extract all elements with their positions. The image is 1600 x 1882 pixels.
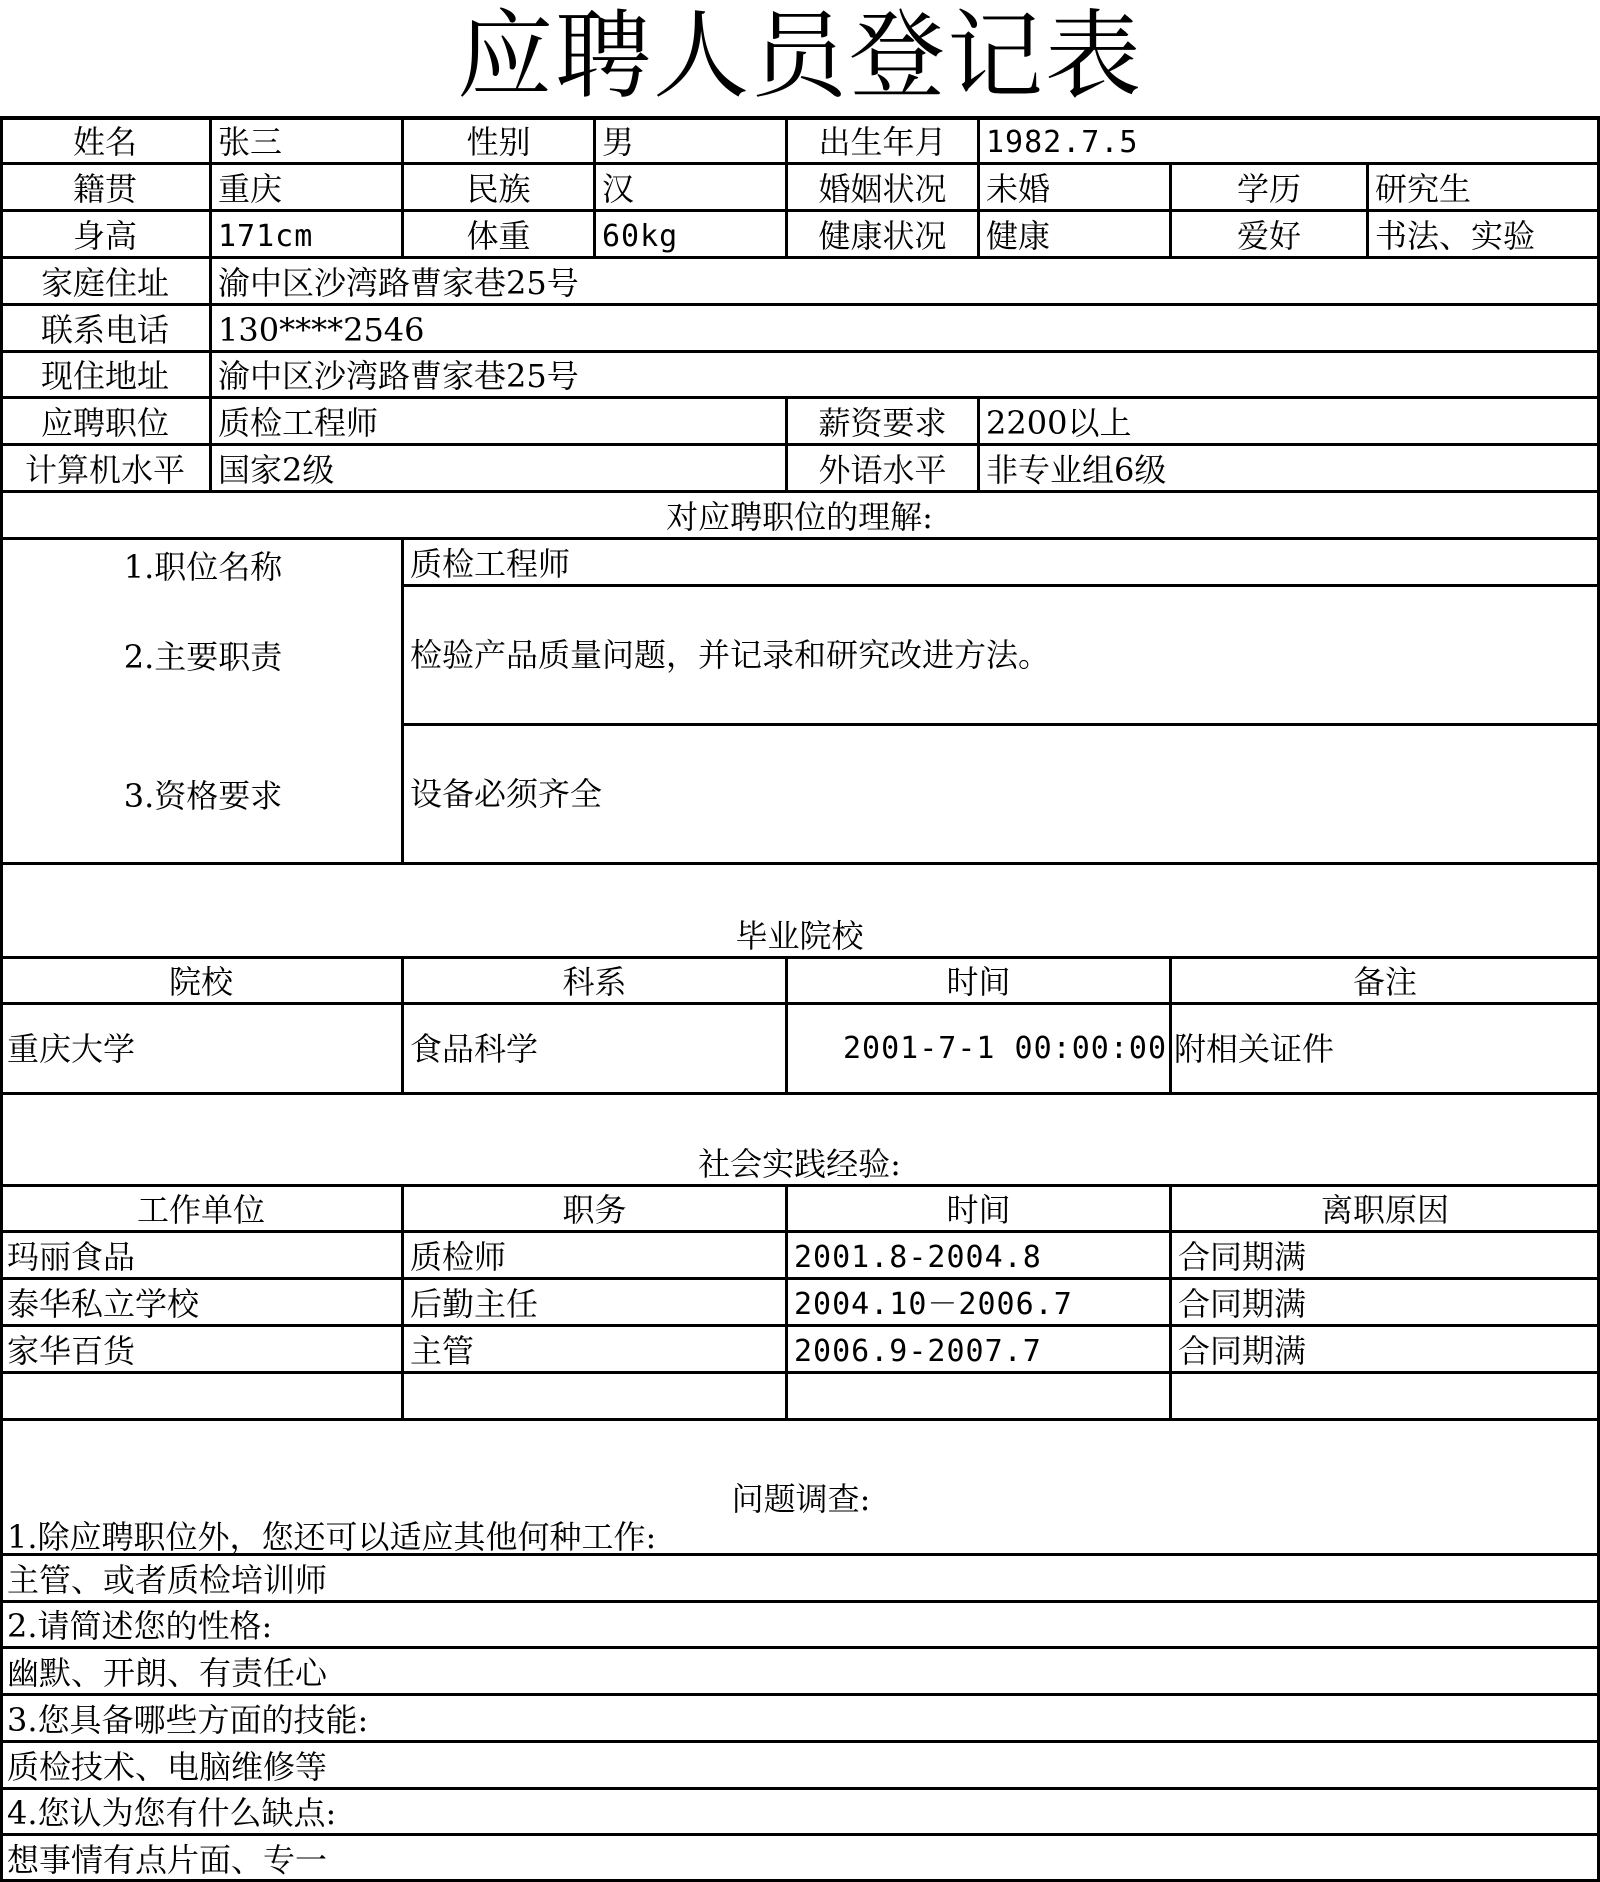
- health-value[interactable]: 健康: [978, 210, 1171, 258]
- edu-school-value[interactable]: 重庆大学: [0, 1003, 403, 1094]
- exp-row3-employer[interactable]: 家华百货: [0, 1325, 403, 1373]
- edu-department-value[interactable]: 食品科学: [402, 1003, 787, 1094]
- edu-col-notes: 备注: [1170, 957, 1600, 1004]
- form-title: 应聘人员登记表: [0, 0, 1600, 118]
- gender-label: 性别: [402, 116, 595, 164]
- survey-heading: 问题调查:: [1, 1481, 1600, 1517]
- home-address-value[interactable]: 渝中区沙湾路曹家巷25号: [210, 257, 1600, 305]
- exp-row2-time[interactable]: 2004.10－2006.7: [786, 1278, 1171, 1326]
- language-label: 外语水平: [786, 444, 979, 492]
- understanding-heading: 对应聘职位的理解:: [0, 491, 1600, 539]
- phone-value[interactable]: 130****2546: [210, 304, 1600, 352]
- exp-row4-employer[interactable]: [0, 1372, 403, 1420]
- name-value[interactable]: 张三: [210, 116, 403, 164]
- health-label: 健康状况: [786, 210, 979, 258]
- birth-value[interactable]: 1982.7.5: [978, 116, 1600, 164]
- salary-label: 薪资要求: [786, 397, 979, 445]
- exp-row3-time[interactable]: 2006.9-2007.7: [786, 1325, 1171, 1373]
- exp-row4-reason[interactable]: [1170, 1372, 1600, 1420]
- phone-label: 联系电话: [0, 304, 211, 352]
- exp-col-time: 时间: [786, 1185, 1171, 1232]
- qualifications-label: 3.资格要求: [1, 726, 403, 864]
- native-place-label: 籍贯: [0, 163, 211, 211]
- job-title-label: 1.职位名称: [1, 540, 403, 587]
- experience-heading: 社会实践经验:: [0, 1093, 1600, 1186]
- native-place-value[interactable]: 重庆: [210, 163, 403, 211]
- birth-label: 出生年月: [786, 116, 979, 164]
- exp-row2-role[interactable]: 后勤主任: [402, 1278, 787, 1326]
- education-heading: 毕业院校: [0, 863, 1600, 958]
- hobby-value[interactable]: 书法、实验: [1367, 210, 1600, 258]
- marital-label: 婚姻状况: [786, 163, 979, 211]
- exp-row1-role[interactable]: 质检师: [402, 1231, 787, 1279]
- exp-row3-reason[interactable]: 合同期满: [1170, 1325, 1600, 1373]
- understanding-labels-block: 1.职位名称 2.主要职责 3.资格要求: [0, 538, 403, 864]
- language-value[interactable]: 非专业组6级: [978, 444, 1600, 492]
- duties-label: 2.主要职责: [1, 587, 403, 726]
- marital-value[interactable]: 未婚: [978, 163, 1171, 211]
- survey-q3: 3.您具备哪些方面的技能:: [0, 1694, 1600, 1742]
- survey-block: 问题调查: 1.除应聘职位外，您还可以适应其他何种工作:: [0, 1419, 1600, 1555]
- survey-a1[interactable]: 主管、或者质检培训师: [0, 1554, 1600, 1602]
- ethnicity-label: 民族: [402, 163, 595, 211]
- edu-col-time: 时间: [786, 957, 1171, 1004]
- computer-value[interactable]: 国家2级: [210, 444, 787, 492]
- home-address-label: 家庭住址: [0, 257, 211, 305]
- ethnicity-value[interactable]: 汉: [594, 163, 787, 211]
- edu-col-department: 科系: [402, 957, 787, 1004]
- exp-col-role: 职务: [402, 1185, 787, 1232]
- exp-row2-reason[interactable]: 合同期满: [1170, 1278, 1600, 1326]
- computer-label: 计算机水平: [0, 444, 211, 492]
- duties-value[interactable]: 检验产品质量问题，并记录和研究改进方法。: [402, 585, 1600, 725]
- salary-value[interactable]: 2200以上: [978, 397, 1600, 445]
- survey-a3[interactable]: 质检技术、电脑维修等: [0, 1741, 1600, 1789]
- position-label: 应聘职位: [0, 397, 211, 445]
- height-label: 身高: [0, 210, 211, 258]
- edu-notes-value[interactable]: 附相关证件: [1170, 1003, 1600, 1094]
- education-label: 学历: [1170, 163, 1368, 211]
- name-label: 姓名: [0, 116, 211, 164]
- survey-q4: 4.您认为您有什么缺点:: [0, 1788, 1600, 1835]
- position-value[interactable]: 质检工程师: [210, 397, 787, 445]
- exp-row4-time[interactable]: [786, 1372, 1171, 1420]
- exp-row1-employer[interactable]: 玛丽食品: [0, 1231, 403, 1279]
- exp-row2-employer[interactable]: 泰华私立学校: [0, 1278, 403, 1326]
- hobby-label: 爱好: [1170, 210, 1368, 258]
- survey-q1: 1.除应聘职位外，您还可以适应其他何种工作:: [7, 1519, 656, 1555]
- edu-col-school: 院校: [0, 957, 403, 1004]
- exp-row4-role[interactable]: [402, 1372, 787, 1420]
- gender-value[interactable]: 男: [594, 116, 787, 164]
- survey-a2[interactable]: 幽默、开朗、有责任心: [0, 1647, 1600, 1695]
- survey-a4[interactable]: 想事情有点片面、专一: [0, 1834, 1600, 1882]
- job-title-value[interactable]: 质检工程师: [402, 538, 1600, 586]
- current-address-label: 现住地址: [0, 351, 211, 398]
- weight-value[interactable]: 60kg: [594, 210, 787, 258]
- exp-row1-reason[interactable]: 合同期满: [1170, 1231, 1600, 1279]
- qualifications-value[interactable]: 设备必须齐全: [402, 724, 1600, 864]
- education-value[interactable]: 研究生: [1367, 163, 1600, 211]
- edu-time-value[interactable]: 2001-7-1 00:00:00: [786, 1003, 1171, 1094]
- exp-row1-time[interactable]: 2001.8-2004.8: [786, 1231, 1171, 1279]
- exp-row3-role[interactable]: 主管: [402, 1325, 787, 1373]
- exp-col-reason: 离职原因: [1170, 1185, 1600, 1232]
- current-address-value[interactable]: 渝中区沙湾路曹家巷25号: [210, 351, 1600, 398]
- survey-q2: 2.请简述您的性格:: [0, 1601, 1600, 1648]
- exp-col-employer: 工作单位: [0, 1185, 403, 1232]
- weight-label: 体重: [402, 210, 595, 258]
- height-value[interactable]: 171cm: [210, 210, 403, 258]
